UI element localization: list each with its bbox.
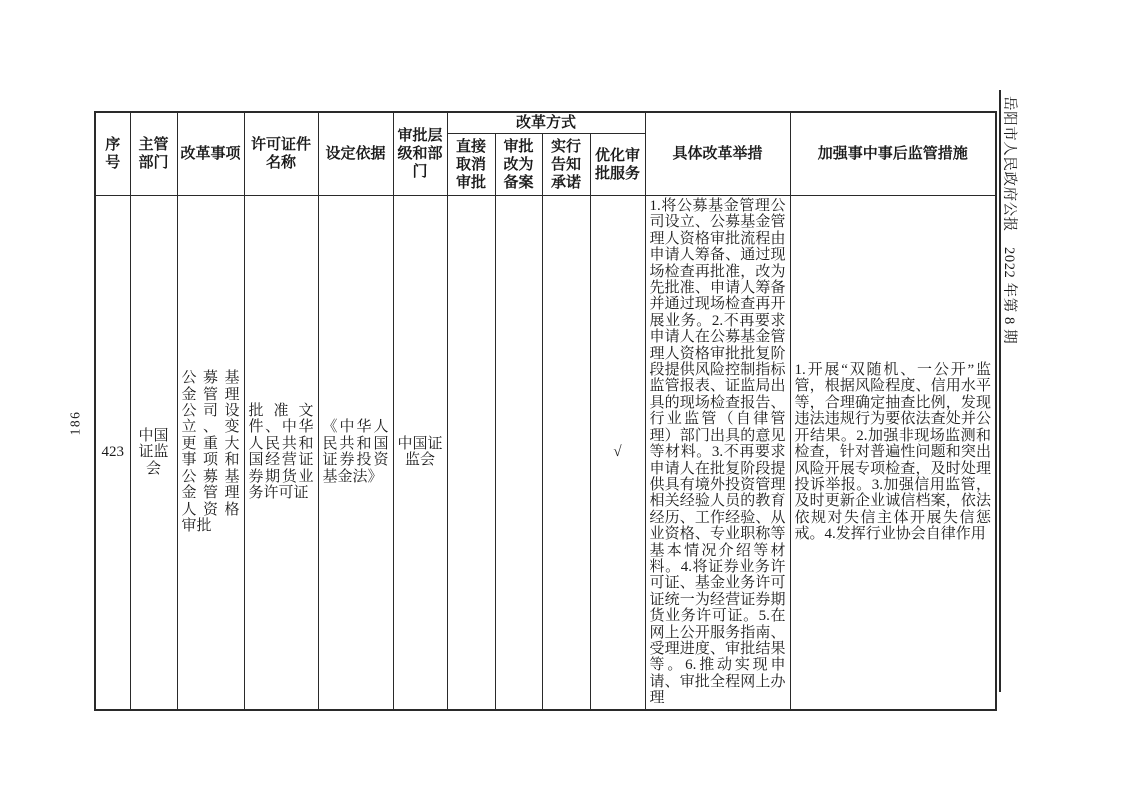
page-number-text: 186 (67, 411, 83, 436)
gazette-page: 186 岳阳市人民政府公报 2022 年第 8 期 序号 主管部门 改革事项 许… (0, 0, 1122, 794)
approval-reform-table: 序号 主管部门 改革事项 许可证件名称 设定依据 审批层级和部门 改革方式 具体… (94, 111, 997, 711)
col-header-dept: 主管部门 (130, 112, 177, 196)
col-header-reform-mode: 改革方式 (447, 112, 645, 134)
cell-dept: 中国证监会 (130, 196, 177, 710)
col-header-license-name: 许可证件名称 (244, 112, 318, 196)
cell-mode-record (495, 196, 542, 710)
header-row-top: 序号 主管部门 改革事项 许可证件名称 设定依据 审批层级和部门 改革方式 具体… (95, 112, 996, 134)
cell-mode-cancel (447, 196, 495, 710)
cell-reform-item: 公募基金管理公司设立、变更重大事项和公募基金管理人资格审批 (177, 196, 244, 710)
cell-measures: 1.将公募基金管理公司设立、公募基金管理人资格审批流程由申请人筹备、通过现场检查… (645, 196, 790, 710)
cell-supervision: 1.开展“双随机、一公开”监管，根据风险程度、信用水平等，合理确定抽查比例，发现… (790, 196, 996, 710)
col-header-reform-item: 改革事项 (177, 112, 244, 196)
gazette-margin-title: 岳阳市人民政府公报 2022 年第 8 期 (1000, 96, 1021, 344)
col-header-mode-optimize: 优化审批服务 (590, 134, 645, 196)
col-header-mode-notice: 实行告知承诺 (542, 134, 590, 196)
cell-seq: 423 (95, 196, 130, 710)
col-header-approval-level: 审批层级和部门 (393, 112, 447, 196)
col-header-basis: 设定依据 (318, 112, 393, 196)
col-header-supervision: 加强事中事后监管措施 (790, 112, 996, 196)
cell-mode-notice (542, 196, 590, 710)
table-row: 423 中国证监会 公募基金管理公司设立、变更重大事项和公募基金管理人资格审批 … (95, 196, 996, 710)
cell-basis: 《中华人民共和国证券投资基金法》 (318, 196, 393, 710)
cell-approval-level: 中国证监会 (393, 196, 447, 710)
col-header-seq: 序号 (95, 112, 130, 196)
cell-license-name: 批准文件、中华人民共和国经营证券期货业务许可证 (244, 196, 318, 710)
col-header-mode-record: 审批改为备案 (495, 134, 542, 196)
cell-mode-optimize-checkmark: √ (590, 196, 645, 710)
col-header-measures: 具体改革举措 (645, 112, 790, 196)
page-number: 186 (62, 402, 88, 444)
col-header-mode-cancel: 直接取消审批 (447, 134, 495, 196)
